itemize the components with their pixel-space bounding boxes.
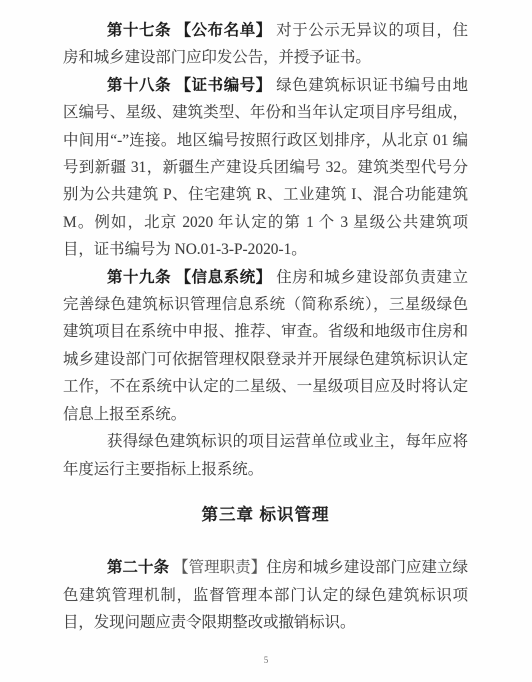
paragraph-article-18: 第十八条 【证书编号】 绿色建筑标识证书编号由地区编号、星级、建筑类型、年份和当… xyxy=(63,72,468,264)
document-body: 第十七条 【公布名单】 对于公示无异议的项目，住房和城乡建设部门应印发公告，并授… xyxy=(63,17,468,637)
article-19-text: 住房和城乡建设部负责建立完善绿色建筑标识管理信息系统（简称系统），三星级绿色建筑… xyxy=(63,269,468,423)
paragraph-article-20: 第二十条 【管理职责】住房和城乡建设部门应建立绿色建筑管理机制，监督管理本部门认… xyxy=(63,554,468,636)
paragraph-annual-report: 获得绿色建筑标识的项目运营单位或业主，每年应将年度运行主要指标上报系统。 xyxy=(63,428,468,483)
page-number: 5 xyxy=(0,655,532,665)
chapter-heading: 第三章 标识管理 xyxy=(63,502,468,529)
article-18-text: 绿色建筑标识证书编号由地区编号、星级、建筑类型、年份和当年认定项目序号组成，中间… xyxy=(63,77,468,258)
article-18-label: 第十八条 【证书编号】 xyxy=(107,77,276,94)
document-page: 第十七条 【公布名单】 对于公示无异议的项目，住房和城乡建设部门应印发公告，并授… xyxy=(0,0,532,682)
article-20-number: 第二十条 xyxy=(107,559,173,576)
article-17-label: 第十七条 【公布名单】 xyxy=(107,22,276,39)
paragraph-article-17: 第十七条 【公布名单】 对于公示无异议的项目，住房和城乡建设部门应印发公告，并授… xyxy=(63,17,468,72)
article-19-label: 第十九条 【信息系统】 xyxy=(107,269,276,286)
paragraph-article-19: 第十九条 【信息系统】 住房和城乡建设部负责建立完善绿色建筑标识管理信息系统（简… xyxy=(63,264,468,428)
annual-report-text: 获得绿色建筑标识的项目运营单位或业主，每年应将年度运行主要指标上报系统。 xyxy=(63,433,468,477)
article-20-bracket-label: 【管理职责】 xyxy=(173,559,266,576)
